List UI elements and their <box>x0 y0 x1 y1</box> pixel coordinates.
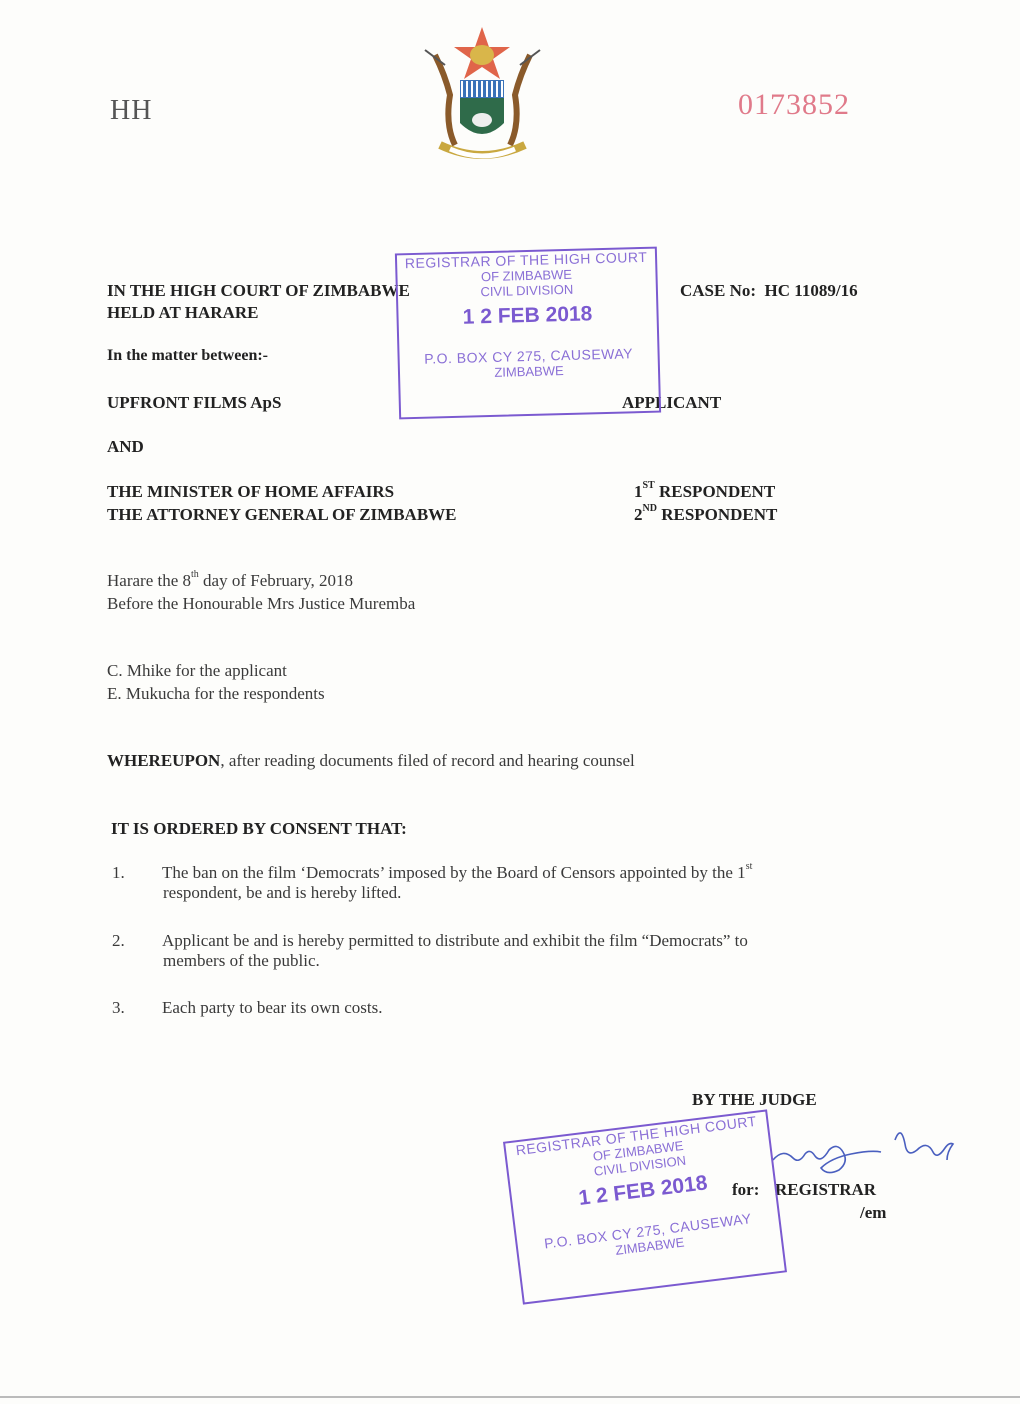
respondent-1-name: THE MINISTER OF HOME AFFAIRS <box>107 482 394 502</box>
hearing-date: Harare the 8th day of February, 2018 <box>107 571 353 591</box>
court-name: IN THE HIGH COURT OF ZIMBABWE <box>107 281 410 301</box>
and-label: AND <box>107 437 144 457</box>
respondent-2-name: THE ATTORNEY GENERAL OF ZIMBABWE <box>107 505 457 525</box>
judge-name: Before the Honourable Mrs Justice Muremb… <box>107 594 415 614</box>
matter-between: In the matter between:- <box>107 347 268 365</box>
registrar-stamp-bottom: REGISTRAR OF THE HIGH COURT OF ZIMBABWE … <box>503 1109 787 1304</box>
counsel-respondents: E. Mukucha for the respondents <box>107 684 325 704</box>
case-number: CASE No: HC 11089/16 <box>680 281 858 301</box>
order-heading: IT IS ORDERED BY CONSENT THAT: <box>111 819 407 839</box>
coat-of-arms-icon <box>415 25 550 165</box>
page-edge-divider <box>0 1396 1020 1398</box>
registrar-label: REGISTRAR <box>775 1180 876 1200</box>
order-item-3: 3.Each party to bear its own costs. <box>112 998 382 1018</box>
serial-number: 0173852 <box>738 88 850 122</box>
by-the-judge: BY THE JUDGE <box>692 1090 817 1110</box>
respondent-1-role: 1ST RESPONDENT <box>634 482 775 502</box>
order-item-1: 1.The ban on the film ‘Democrats’ impose… <box>112 863 872 903</box>
whereupon-clause: WHEREUPON, after reading documents filed… <box>107 751 635 771</box>
order-item-2: 2.Applicant be and is hereby permitted t… <box>112 931 872 971</box>
registrar-stamp-top: REGISTRAR OF THE HIGH COURT OF ZIMBABWE … <box>395 247 661 420</box>
court-location: HELD AT HARARE <box>107 303 258 323</box>
applicant-name: UPFRONT FILMS ApS <box>107 393 281 413</box>
counsel-applicant: C. Mhike for the applicant <box>107 661 287 681</box>
document-code: HH <box>110 95 152 127</box>
respondent-2-role: 2ND RESPONDENT <box>634 505 777 525</box>
initials: /em <box>860 1203 886 1223</box>
signature-icon <box>765 1122 965 1182</box>
